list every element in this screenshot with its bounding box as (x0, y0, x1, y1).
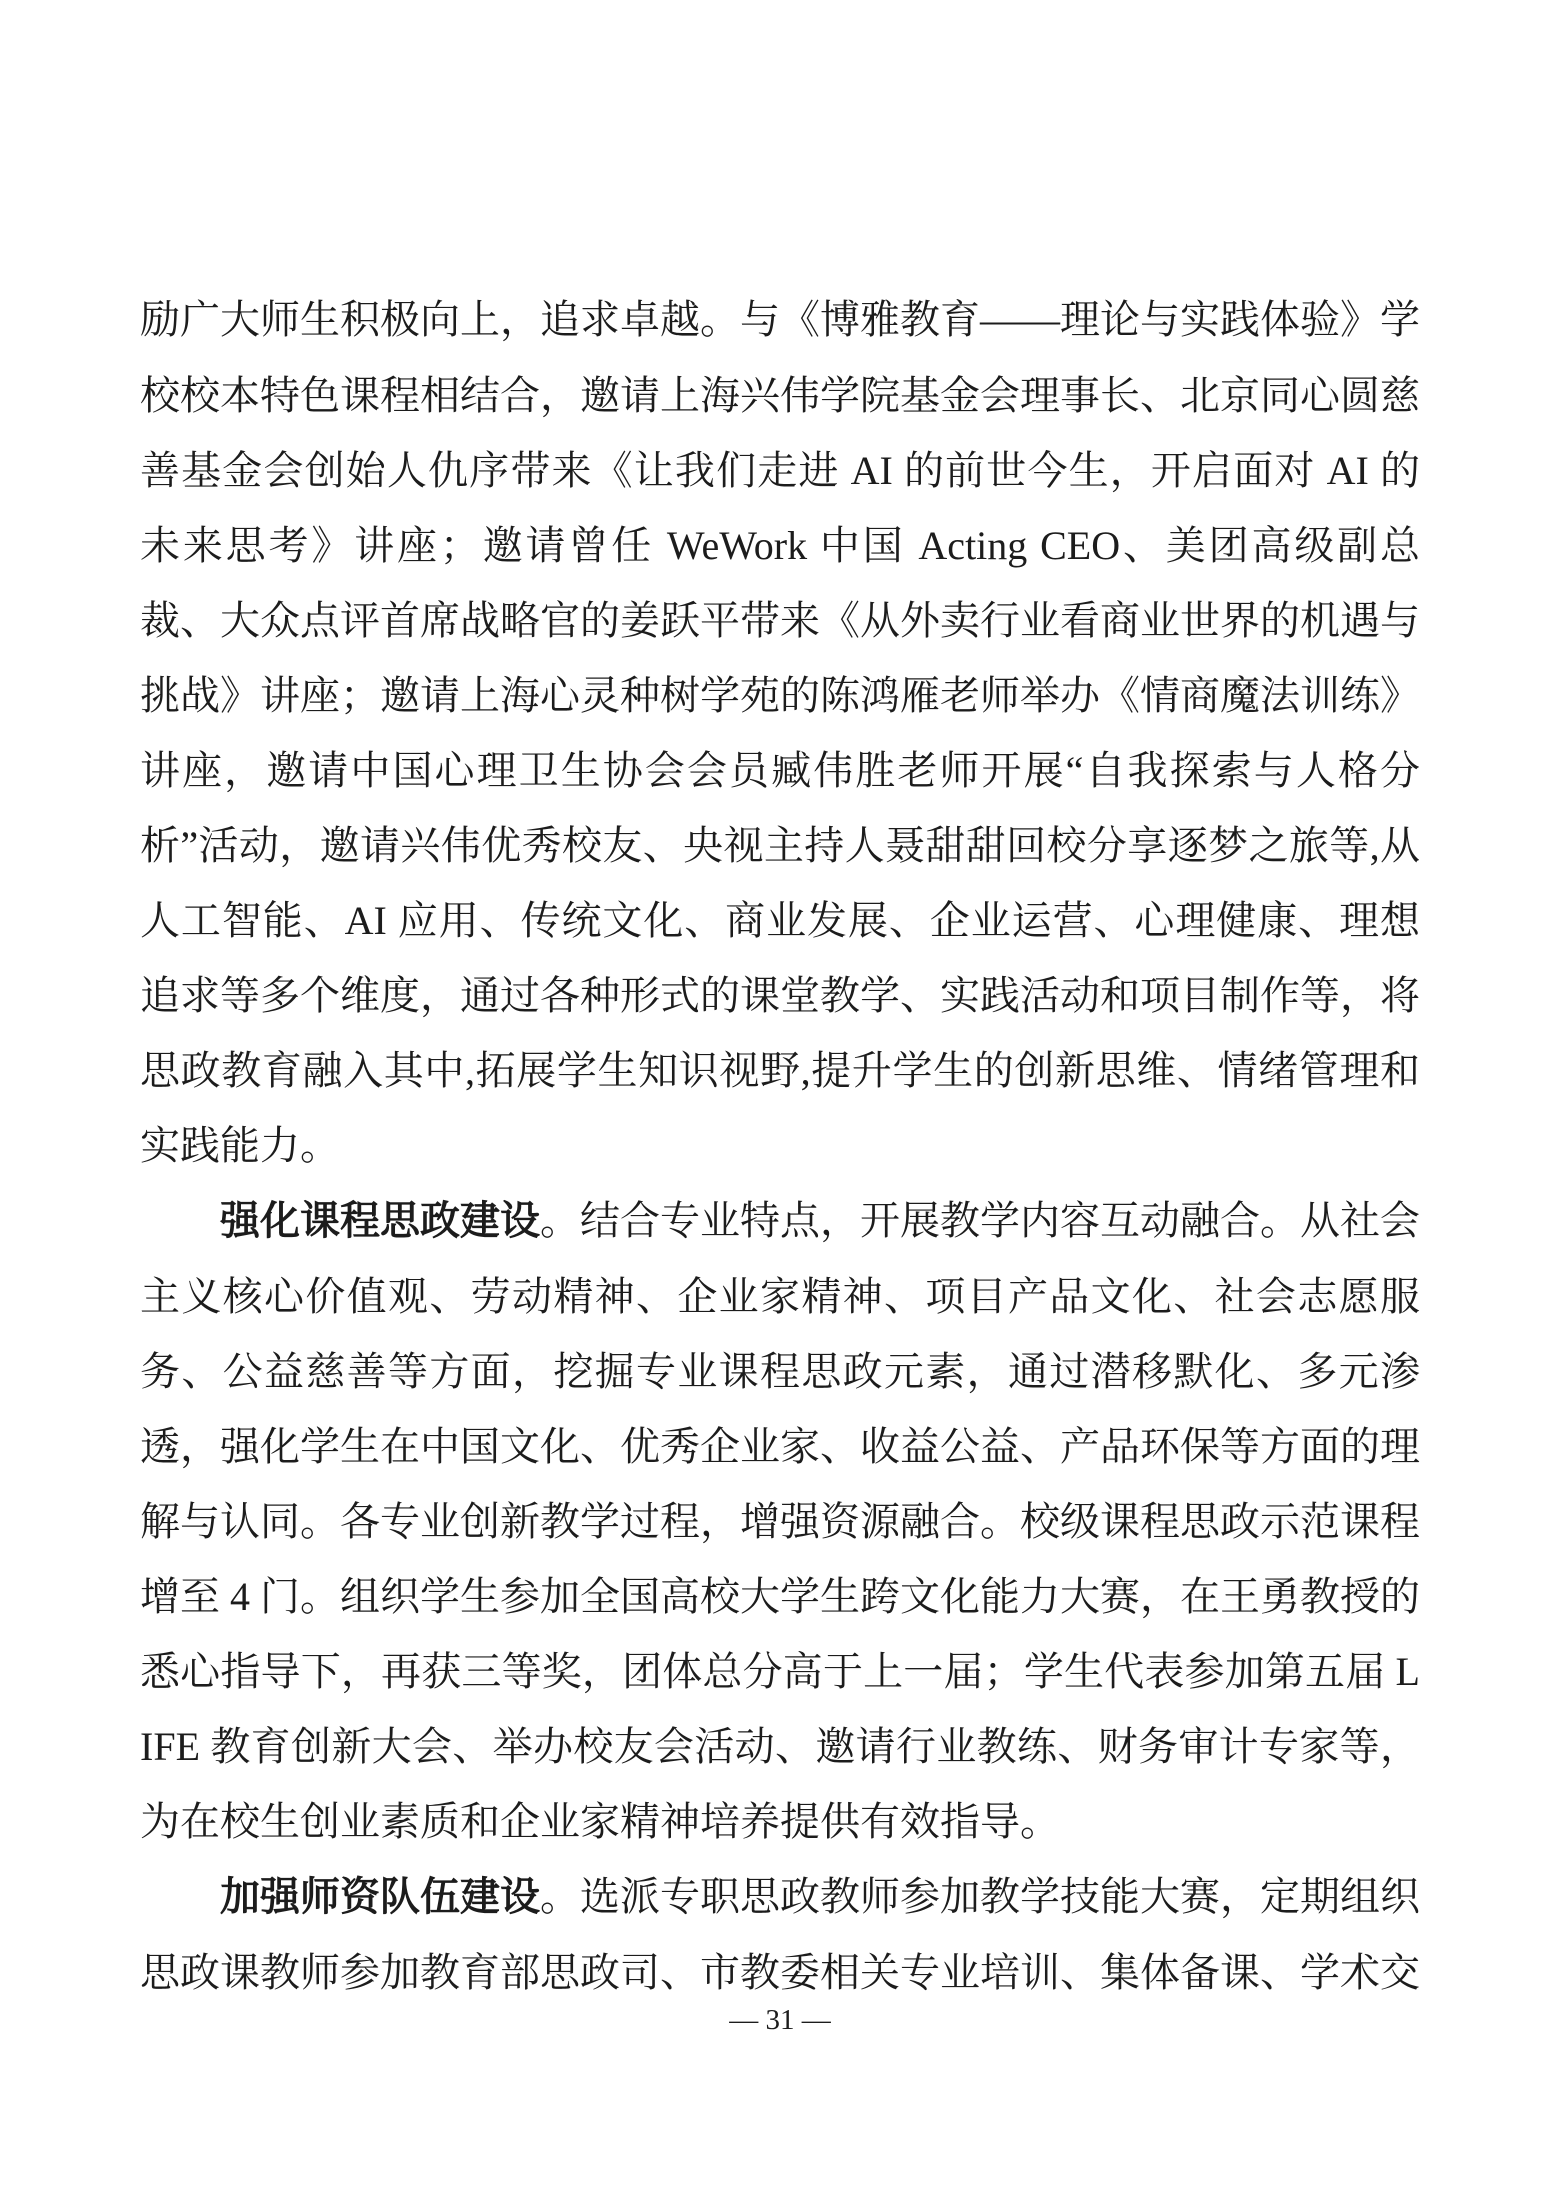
page-number: — 31 — (0, 2002, 1560, 2038)
paragraph-lead-bold: 强化课程思政建设 (220, 1199, 540, 1243)
document-page: 励广大师生积极向上，追求卓越。与《博雅教育——理论与实践体验》学校校本特色课程相… (0, 0, 1560, 2207)
paragraph-lead-bold: 加强师资队伍建设 (220, 1875, 540, 1919)
paragraph: 强化课程思政建设。结合专业特点，开展教学内容互动融合。从社会主义核心价值观、劳动… (140, 1183, 1420, 1859)
paragraph-text: 励广大师生积极向上，追求卓越。与《博雅教育——理论与实践体验》学校校本特色课程相… (140, 297, 1420, 1168)
paragraph: 励广大师生积极向上，追求卓越。与《博雅教育——理论与实践体验》学校校本特色课程相… (140, 282, 1420, 1183)
paragraph: 加强师资队伍建设。选派专职思政教师参加教学技能大赛，定期组织思政课教师参加教育部… (140, 1859, 1420, 2010)
paragraph-text: 。结合专业特点，开展教学内容互动融合。从社会主义核心价值观、劳动精神、企业家精神… (140, 1198, 1420, 1844)
document-body: 励广大师生积极向上，追求卓越。与《博雅教育——理论与实践体验》学校校本特色课程相… (140, 282, 1420, 2010)
